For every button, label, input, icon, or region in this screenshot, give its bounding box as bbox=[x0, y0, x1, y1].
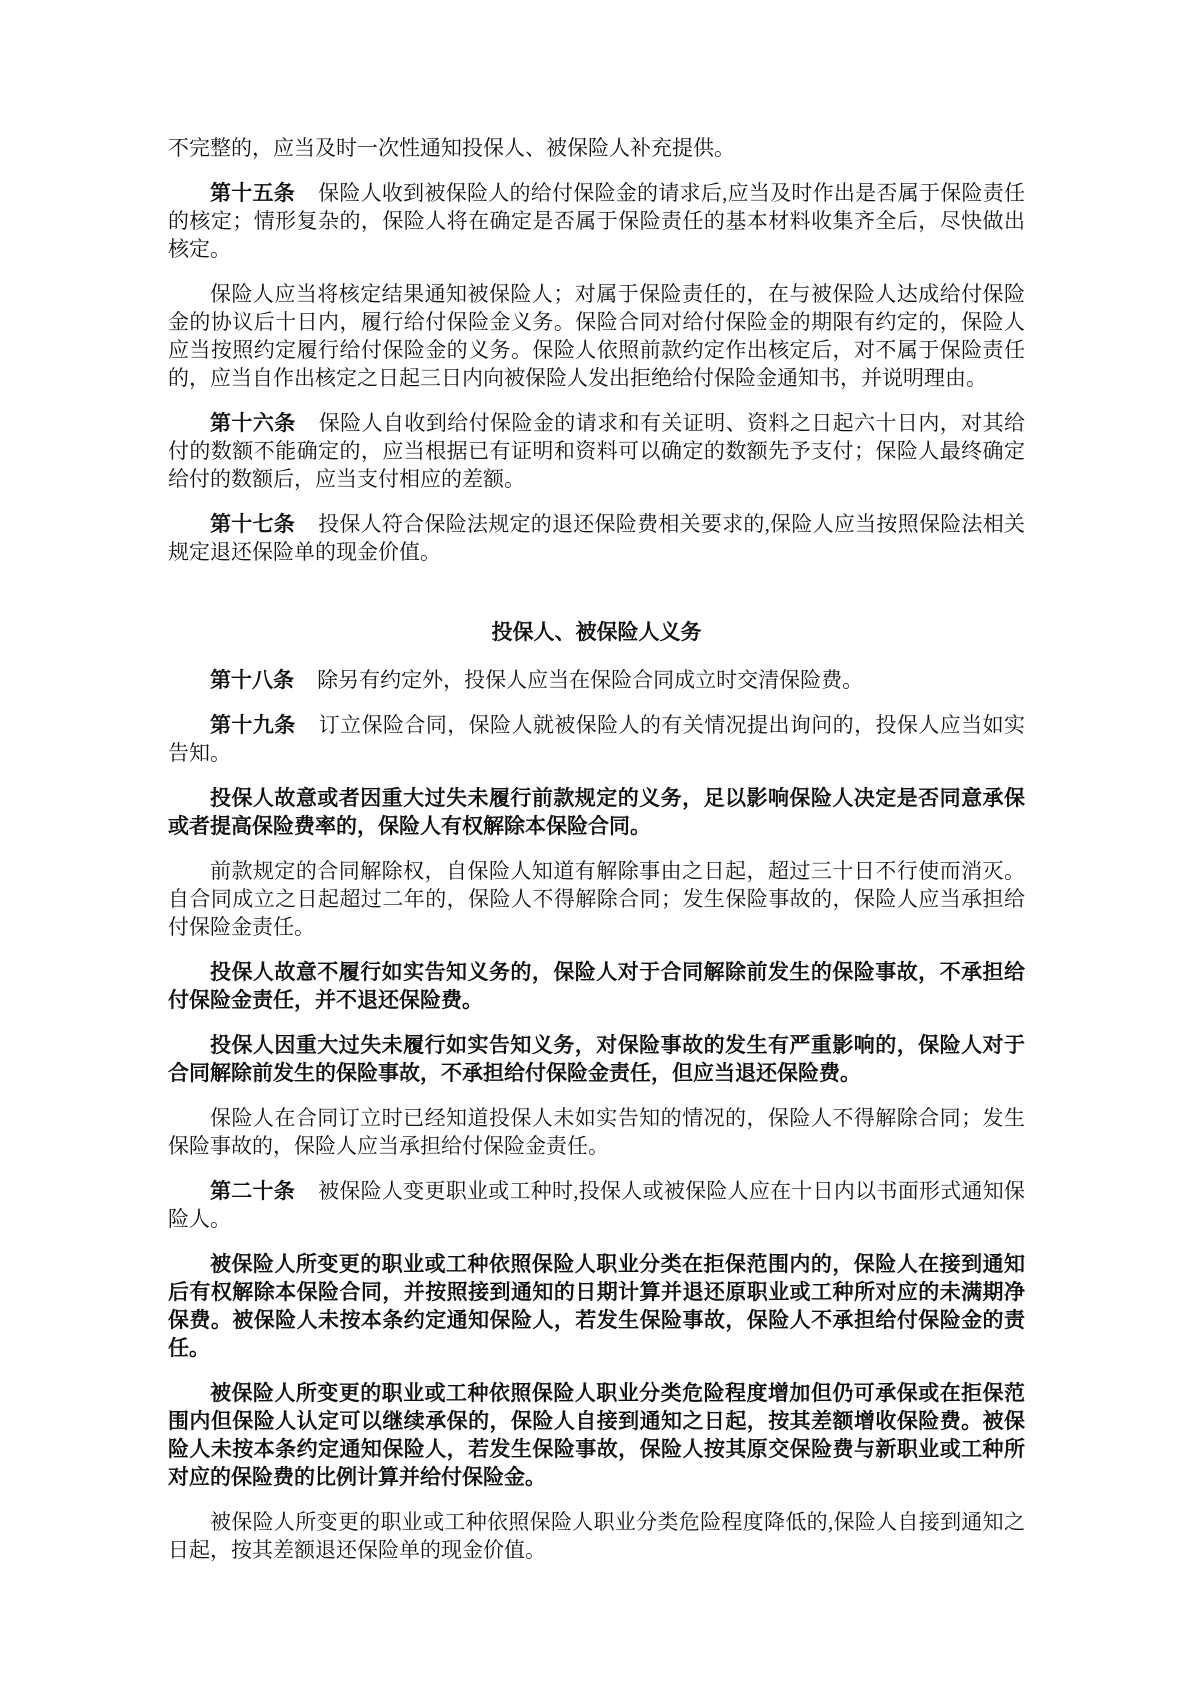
article-number: 第十五条 bbox=[210, 181, 295, 205]
paragraph-article-17: 第十七条投保人符合保险法规定的退还保险费相关要求的,保险人应当按照保险法相关规定… bbox=[168, 510, 1025, 566]
paragraph-bold-clause: 投保人因重大过失未履行如实告知义务，对保险事故的发生有严重影响的，保险人对于合同… bbox=[168, 1031, 1025, 1087]
paragraph: 保险人在合同订立时已经知道投保人未如实告知的情况的，保险人不得解除合同；发生保险… bbox=[168, 1104, 1025, 1160]
paragraph-bold-clause: 被保险人所变更的职业或工种依照保险人职业分类在拒保范围内的，保险人在接到通知后有… bbox=[168, 1250, 1025, 1362]
paragraph: 保险人应当将核定结果通知被保险人；对属于保险责任的，在与被保险人达成给付保险金的… bbox=[168, 280, 1025, 392]
paragraph-article-15: 第十五条保险人收到被保险人的给付保险金的请求后,应当及时作出是否属于保险责任的核… bbox=[168, 179, 1025, 263]
paragraph-text: 保险人收到被保险人的给付保险金的请求后,应当及时作出是否属于保险责任的核定；情形… bbox=[168, 181, 1025, 261]
paragraph-text: 被保险人变更职业或工种时,投保人或被保险人应在十日内以书面形式通知保险人。 bbox=[168, 1179, 1025, 1231]
paragraph-bold-clause: 被保险人所变更的职业或工种依照保险人职业分类危险程度增加但仍可承保或在拒保范围内… bbox=[168, 1379, 1025, 1491]
paragraph-continuation: 不完整的，应当及时一次性通知投保人、被保险人补充提供。 bbox=[168, 134, 1025, 162]
paragraph-article-18: 第十八条除另有约定外，投保人应当在保险合同成立时交清保险费。 bbox=[168, 666, 1025, 694]
paragraph: 前款规定的合同解除权，自保险人知道有解除事由之日起，超过三十日不行使而消灭。自合… bbox=[168, 857, 1025, 941]
paragraph-bold-clause: 投保人故意不履行如实告知义务的，保险人对于合同解除前发生的保险事故，不承担给付保… bbox=[168, 958, 1025, 1014]
paragraph-text: 订立保险合同，保险人就被保险人的有关情况提出询问的，投保人应当如实告知。 bbox=[168, 713, 1025, 765]
paragraph-text: 投保人符合保险法规定的退还保险费相关要求的,保险人应当按照保险法相关规定退还保险… bbox=[168, 512, 1025, 564]
section-heading: 投保人、被保险人义务 bbox=[168, 618, 1025, 646]
paragraph-article-16: 第十六条保险人自收到给付保险金的请求和有关证明、资料之日起六十日内，对其给付的数… bbox=[168, 409, 1025, 493]
paragraph-article-19: 第十九条订立保险合同，保险人就被保险人的有关情况提出询问的，投保人应当如实告知。 bbox=[168, 711, 1025, 767]
paragraph-text: 除另有约定外，投保人应当在保险合同成立时交清保险费。 bbox=[317, 668, 863, 692]
document-page: 不完整的，应当及时一次性通知投保人、被保险人补充提供。 第十五条保险人收到被保险… bbox=[0, 0, 1191, 1684]
article-number: 第十六条 bbox=[210, 411, 296, 435]
article-number: 第十九条 bbox=[210, 713, 296, 737]
paragraph-article-20: 第二十条被保险人变更职业或工种时,投保人或被保险人应在十日内以书面形式通知保险人… bbox=[168, 1177, 1025, 1233]
paragraph: 被保险人所变更的职业或工种依照保险人职业分类危险程度降低的,保险人自接到通知之日… bbox=[168, 1508, 1025, 1564]
article-number: 第十七条 bbox=[210, 512, 295, 536]
article-number: 第二十条 bbox=[210, 1179, 295, 1203]
article-number: 第十八条 bbox=[210, 668, 294, 692]
paragraph-text: 保险人自收到给付保险金的请求和有关证明、资料之日起六十日内，对其给付的数额不能确… bbox=[168, 411, 1025, 491]
paragraph-bold-clause: 投保人故意或者因重大过失未履行前款规定的义务，足以影响保险人决定是否同意承保或者… bbox=[168, 784, 1025, 840]
